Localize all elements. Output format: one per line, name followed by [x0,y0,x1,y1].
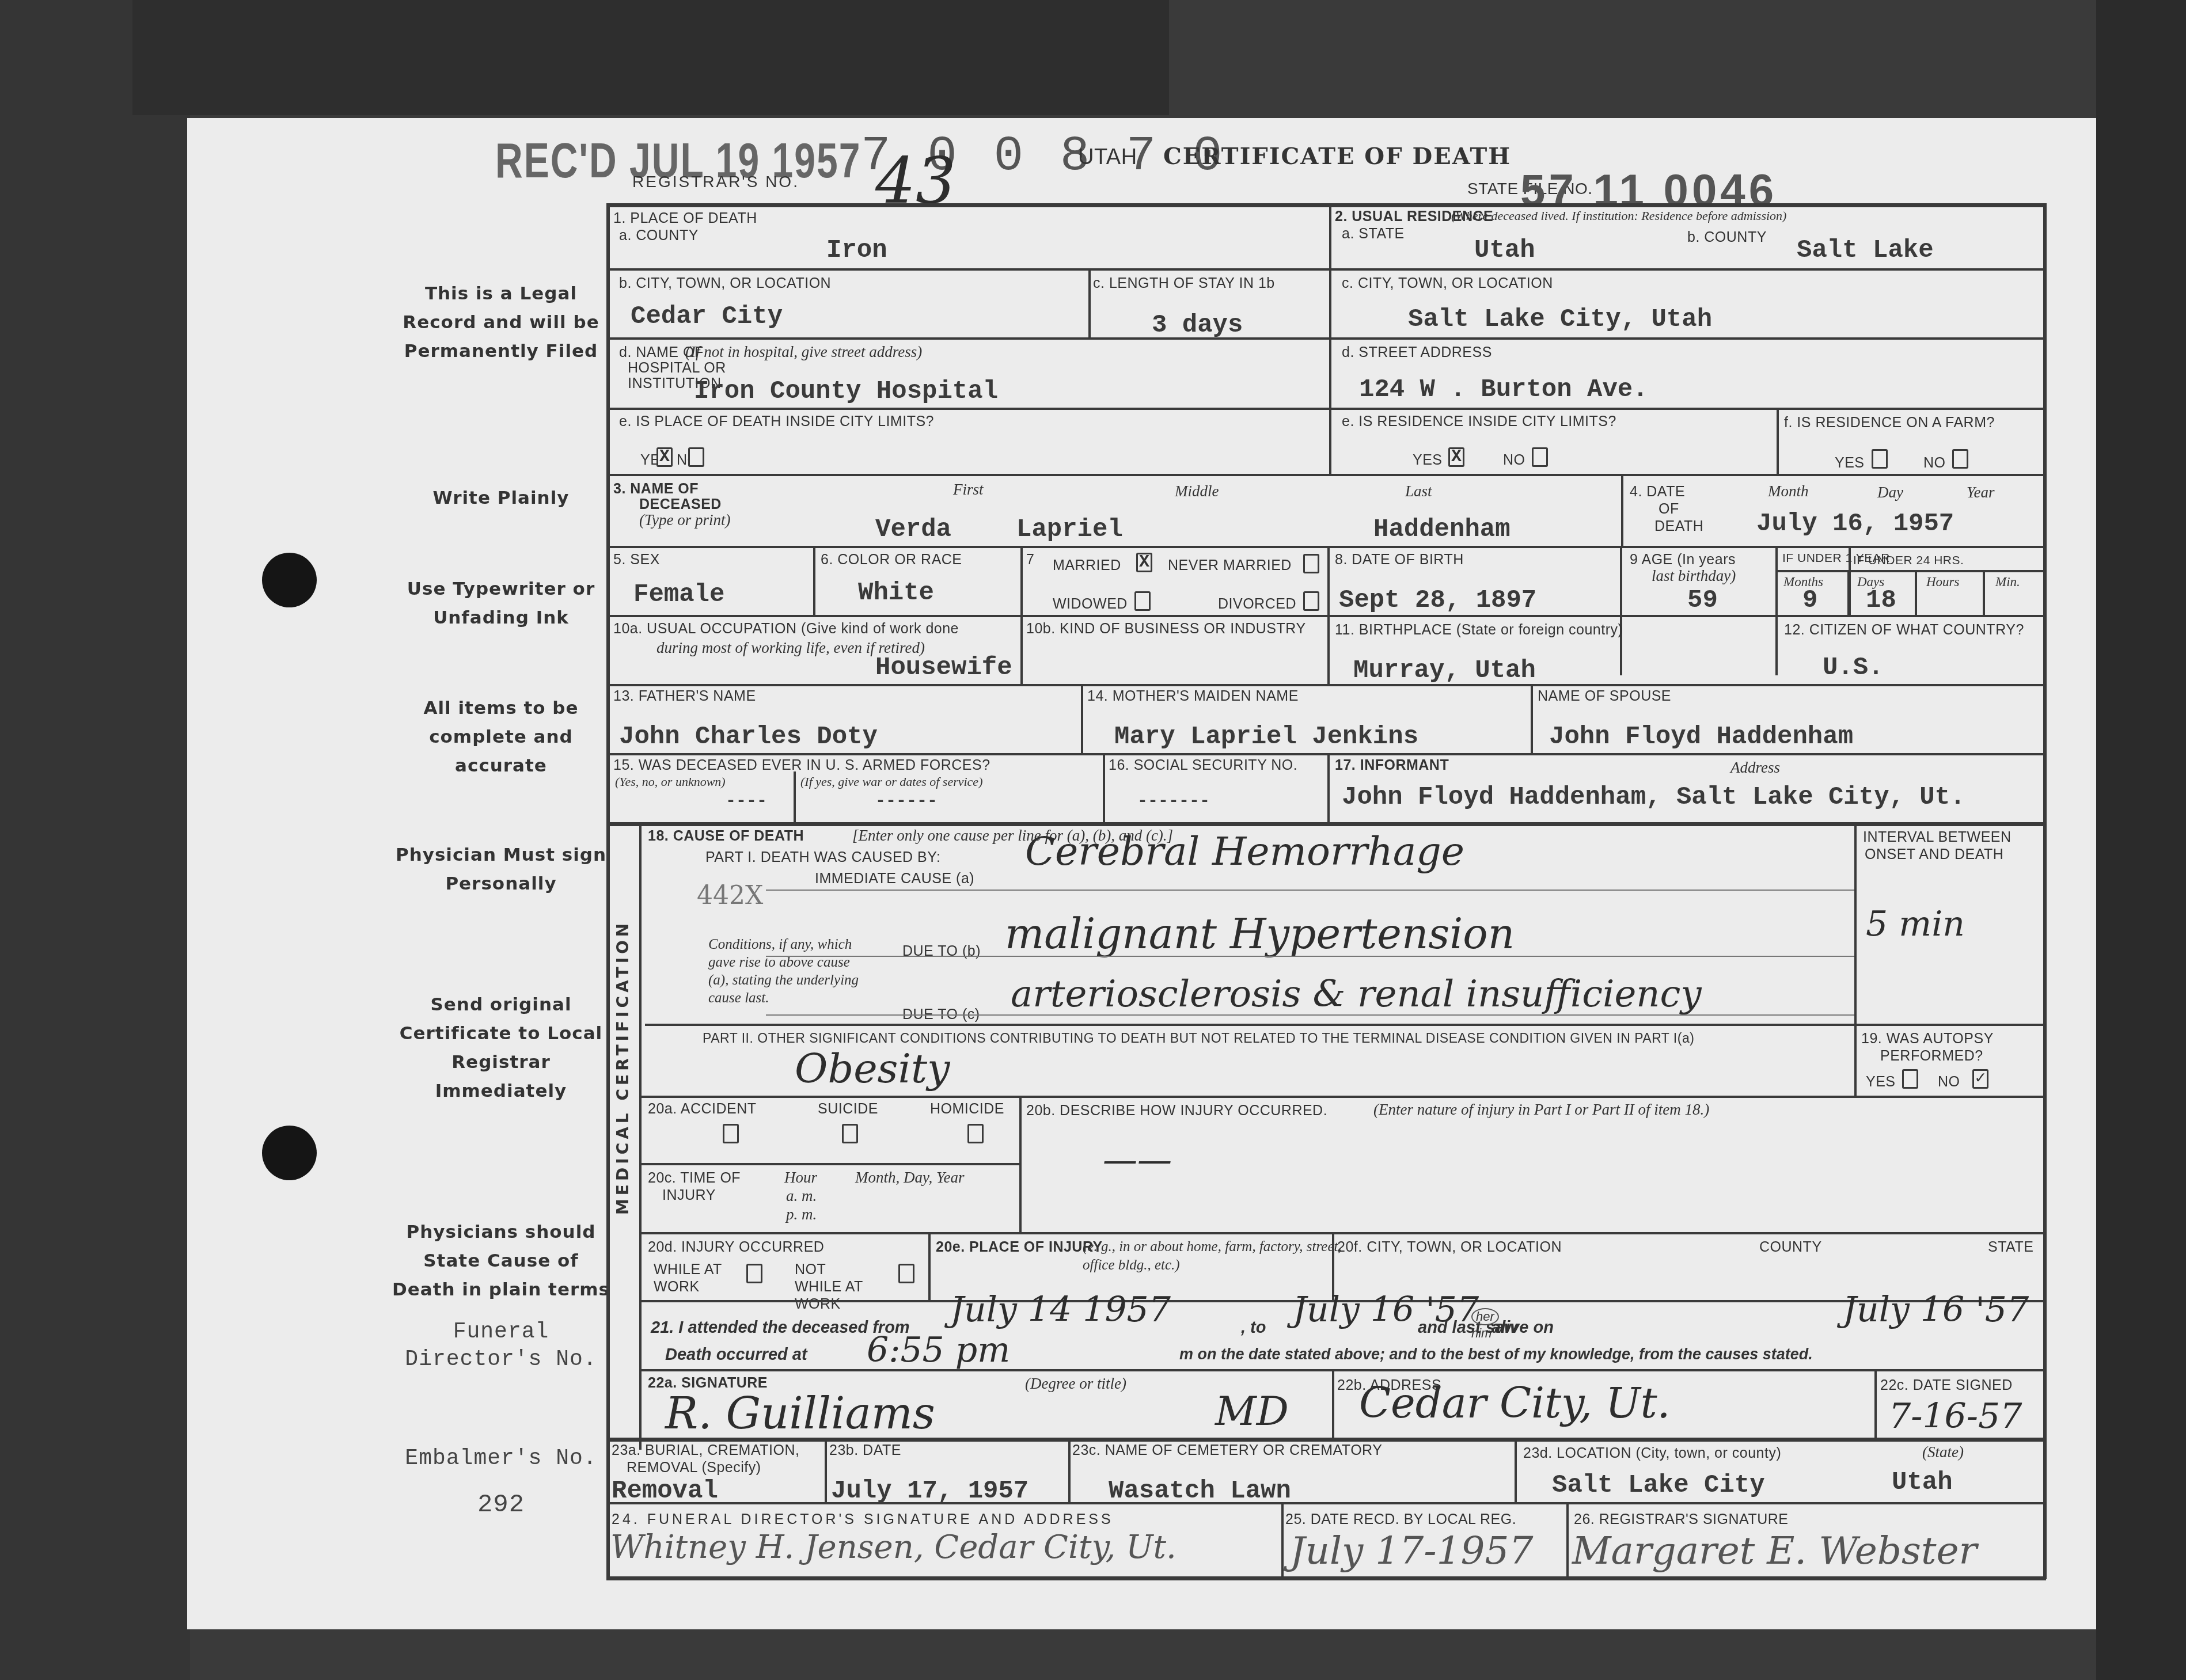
part2-conditions[interactable]: Obesity [795,1045,950,1092]
name-label-1: 3. NAME OF [613,481,699,497]
divider-interval [1854,822,1857,1097]
to-label: , to [1241,1318,1266,1337]
homicide-label: HOMICIDE [930,1101,1004,1118]
divider-armed-ssn [1103,753,1105,822]
row-line-2 [606,337,2043,340]
never-married-checkbox[interactable] [1303,554,1319,573]
hospital-name[interactable]: Iron County Hospital [694,377,998,406]
widowed-label: WIDOWED [1053,596,1128,613]
hours-label: Hours [1926,575,1960,590]
married-checkbox[interactable]: X [1136,553,1152,572]
row-line-8 [606,753,2043,755]
funeral-director-signature[interactable]: Whitney H. Jensen, Cedar City, Ut. [610,1529,1177,1566]
divider-date-cemetery [1068,1438,1071,1502]
hospital-hint: (If not in hospital, give street address… [685,343,922,361]
burial-location-label: 23d. LOCATION (City, town, or county) [1523,1445,1781,1462]
classification-code: 442X [697,881,763,910]
divider-armed [794,771,796,822]
medical-certification-label: MEDICAL CERTIFICATION [613,920,632,1215]
injury-location-label: 20f. CITY, TOWN, OR LOCATION [1337,1239,1562,1256]
res-inside-limits-no-checkbox[interactable] [1532,447,1548,467]
divider-city-stay [1088,268,1091,337]
form-border-top [606,203,2046,207]
disposition-method-label-2: REMOVAL (Specify) [627,1459,761,1476]
name-label-3: (Type or print) [639,511,730,529]
date-of-death-label-2: OF [1659,501,1679,518]
middle-label: Middle [1175,482,1219,500]
citizenship[interactable]: U.S. [1823,653,1884,682]
death-inside-limits-yes-checkbox[interactable]: X [656,447,673,467]
suicide-checkbox[interactable] [842,1124,858,1143]
divider-mother-spouse [1531,684,1533,753]
hour-label: Hour [784,1169,817,1187]
divider-occurred-place [928,1232,931,1301]
autopsy-yes-label: YES [1866,1074,1896,1090]
mother-maiden-name[interactable]: Mary Lapriel Jenkins [1114,723,1418,751]
last-label: Last [1405,482,1432,500]
name-label-2: DECEASED [639,496,722,513]
under-sub-line [1775,570,2043,572]
immediate-cause-label: IMMEDIATE CAUSE (a) [815,871,974,887]
dob-label: 8. DATE OF BIRTH [1335,552,1464,568]
autopsy-no-label: NO [1938,1074,1960,1090]
row-line-4 [606,474,2043,476]
divider-ssn-informant [1327,753,1330,822]
interval-label-1: INTERVAL BETWEEN [1863,829,2012,846]
age[interactable]: 59 [1687,586,1718,615]
not-while-at-work-checkbox[interactable] [898,1264,914,1283]
place-of-injury-label: 20e. PLACE OF INJURY [936,1239,1103,1256]
address-label: Address [1730,759,1780,777]
father-name[interactable]: John Charles Doty [619,723,878,751]
funeral-director-no-label: Funeral Director's No. [392,1318,610,1374]
res-yes-label: YES [1413,452,1443,469]
row-line-3 [606,408,2043,410]
age-days[interactable]: 18 [1866,586,1896,615]
informant-label: 17. INFORMANT [1335,757,1449,774]
date-of-death-label-1: 4. DATE [1630,484,1685,500]
date-of-death[interactable]: July 16, 1957 [1756,510,1954,538]
am-label: a. m. [786,1187,817,1205]
divorced-label: DIVORCED [1218,596,1296,613]
part1-label: PART I. DEATH WAS CAUSED BY: [705,849,941,866]
row-line-13 [639,1369,2044,1371]
under-24-hrs-label: IF UNDER 24 HRS. [1853,554,1964,568]
physician-signature[interactable]: R. Guilliams [665,1388,935,1439]
cemetery-name[interactable]: Wasatch Lawn [1109,1477,1291,1506]
divider-marital-dob [1327,546,1330,615]
farm-label: f. IS RESIDENCE ON A FARM? [1784,415,1995,431]
date-signed[interactable]: 7-16-57 [1889,1396,2022,1436]
farm-no-checkbox[interactable] [1952,449,1968,469]
last-name[interactable]: Haddenham [1373,515,1511,544]
burial-state-label: (State) [1922,1443,1964,1461]
conditions-hint: Conditions, if any, which gave rise to a… [708,936,867,1007]
race-label: 6. COLOR OR RACE [821,552,962,568]
armed-hint-1: (Yes, no, or unknown) [615,774,726,789]
never-married-label: NEVER MARRIED [1168,557,1292,574]
res-city[interactable]: Salt Lake City, Utah [1408,305,1712,334]
spouse-label: NAME OF SPOUSE [1538,688,1671,705]
row-line-part2 [645,1024,2044,1026]
line-a [766,890,1854,891]
date-recd-label: 25. DATE RECD. BY LOCAL REG. [1285,1511,1516,1528]
homicide-checkbox[interactable] [967,1124,984,1143]
disposition-method[interactable]: Removal [612,1477,718,1506]
alive-on-label: alive on [1492,1318,1554,1337]
business-label: 10b. KIND OF BUSINESS OR INDUSTRY [1026,621,1306,637]
spouse-name[interactable]: John Floyd Haddenham [1549,723,1853,751]
res-county[interactable]: Salt Lake [1797,236,1934,265]
describe-injury-label: 20b. DESCRIBE HOW INJURY OCCURRED. [1026,1103,1327,1119]
row-line-7 [606,684,2043,686]
ssn-label: 16. SOCIAL SECURITY NO. [1109,757,1297,774]
autopsy-label-2: PERFORMED? [1880,1048,1983,1065]
interval-b[interactable]: 5 min [1866,904,1965,944]
length-of-stay-label: c. LENGTH OF STAY IN 1b [1093,275,1275,292]
sex-label: 5. SEX [613,552,660,568]
certification-statement: m on the date stated above; and to the b… [1179,1345,1813,1363]
injury-row-line [639,1163,1020,1165]
age-label-1: 9 AGE (In years [1630,552,1736,568]
street-address[interactable]: 124 W . Burton Ave. [1359,375,1648,404]
res-city-label: c. CITY, TOWN, OR LOCATION [1342,275,1553,292]
divider-address-date [1874,1369,1877,1438]
res-county-label: b. COUNTY [1687,229,1767,246]
row-line-9 [606,822,2043,826]
physician-address[interactable]: Cedar City, Ut. [1359,1379,1670,1427]
ssn-value[interactable]: ------- [1137,792,1210,811]
death-county[interactable]: Iron [826,236,887,265]
describe-injury-hint: (Enter nature of injury in Part I or Par… [1373,1101,1709,1119]
street-address-label: d. STREET ADDRESS [1342,344,1492,361]
him-label: him [1471,1326,1492,1341]
father-label: 13. FATHER'S NAME [613,688,756,705]
divorced-checkbox[interactable] [1303,591,1319,611]
first-label: First [953,481,984,499]
suicide-label: SUICIDE [818,1101,878,1118]
date-of-death-label-3: DEATH [1654,518,1703,535]
time-of-injury-label-1: 20c. TIME OF [648,1170,741,1187]
attended-from[interactable]: July 14 1957 [950,1290,1171,1330]
death-occurred-label: Death occurred at [665,1345,807,1364]
widowed-checkbox[interactable] [1134,591,1151,611]
due-to-b-label: DUE TO (b) [902,943,981,960]
divider-days-hours [1915,570,1917,615]
scanner-background-left [0,0,190,1680]
date-signed-label: 22c. DATE SIGNED [1880,1377,2013,1394]
row-line-10 [639,1096,2044,1098]
funeral-director-label: 24. FUNERAL DIRECTOR'S SIGNATURE AND ADD… [612,1511,1114,1528]
age-months[interactable]: 9 [1802,586,1817,615]
res-no-label: NO [1503,452,1525,469]
due-to-b[interactable]: malignant Hypertension [1005,910,1515,958]
min-label: Min. [1995,575,2020,590]
disposition-date-label: 23b. DATE [829,1442,901,1459]
armed-forces-label: 15. WAS DECEASED EVER IN U. S. ARMED FOR… [613,757,990,774]
row-line-1 [606,268,2043,271]
scanner-background-right [2096,0,2186,1680]
pm-label: p. m. [786,1206,817,1223]
embalmer-no-value: 292 [392,1491,610,1519]
service-dates-value[interactable]: ------ [875,792,938,811]
burial-state[interactable]: Utah [1892,1468,1953,1497]
occupation[interactable]: Housewife [875,653,1012,682]
married-label: MARRIED [1053,557,1121,574]
injury-county-label: COUNTY [1759,1239,1822,1256]
race[interactable]: White [858,579,934,607]
month-day-year-label: Month, Day, Year [855,1169,965,1187]
accident-checkbox[interactable] [723,1124,739,1143]
divider-limits-farm [1777,408,1779,474]
punch-hole-bottom [262,1126,317,1180]
row-line-15 [606,1502,2046,1504]
side-note-legal-record: This is a Legal Record and will be Perma… [392,279,610,366]
res-state[interactable]: Utah [1474,236,1535,265]
death-inside-limits-no-checkbox[interactable] [688,447,704,467]
registrar-signature[interactable]: Margaret E. Webster [1572,1529,1977,1573]
divider-dob-age [1620,546,1622,675]
autopsy-label-1: 19. WAS AUTOPSY [1861,1031,1994,1047]
city-label: b. CITY, TOWN, OR LOCATION [619,275,831,292]
immediate-cause[interactable]: Cerebral Hemorrhage [1025,829,1464,875]
disposition-method-label-1: 23a. BURIAL, CREMATION, [612,1442,799,1459]
farm-yes-checkbox[interactable] [1872,449,1888,469]
side-note-write-plainly: Write Plainly [392,484,610,512]
divider-method-date [825,1438,827,1502]
degree-label: (Degree or title) [1025,1375,1126,1393]
side-note-complete: All items to be complete and accurate [392,694,610,780]
middle-name[interactable]: Lapriel [1016,515,1123,544]
birthplace-label: 11. BIRTHPLACE (State or foreign country… [1335,622,1623,638]
physician-degree[interactable]: MD [1215,1388,1289,1435]
certificate-title: CERTIFICATE OF DEATH [1163,143,1511,170]
row-line-14 [606,1438,2046,1442]
sex[interactable]: Female [633,580,724,609]
divider-months-days [1847,570,1850,615]
place-of-death-label: 1. PLACE OF DEATH [613,210,757,227]
divider-name-date [1621,474,1623,546]
divider-daterecd-registrar [1566,1502,1569,1577]
day-label: Day [1877,484,1903,501]
due-to-c[interactable]: arteriosclerosis & renal insufficiency [1011,973,1702,1016]
interval-label-2: ONSET AND DEATH [1865,846,2003,863]
not-while-at-work-label: NOT WHILE AT WORK [795,1261,875,1313]
form-border-right [2043,203,2047,1579]
county-label: a. COUNTY [619,227,699,244]
length-of-stay[interactable]: 3 days [1152,311,1243,340]
divider-race-marital [1020,546,1023,615]
birthplace[interactable]: Murray, Utah [1353,656,1536,685]
part2-label: PART II. OTHER SIGNIFICANT CONDITIONS CO… [703,1031,1694,1046]
date-recd[interactable]: July 17-1957 [1290,1529,1534,1573]
injury-occurred-label: 20d. INJURY OCCURRED [648,1239,824,1256]
side-note-physician-sign: Physician Must sign Personally [392,841,610,898]
title-state: UTAH [1078,145,1137,170]
hospital-label-2: HOSPITAL OR [628,360,726,377]
row-line-11 [639,1232,2044,1234]
autopsy-yes-checkbox[interactable] [1902,1069,1918,1089]
form-border-bottom [606,1576,2046,1580]
armed-hint-2: (If yes, give war or dates of service) [800,774,982,789]
side-note-typewriter: Use Typewriter or Unfading Ink [392,575,610,632]
month-label: Month [1768,482,1809,500]
side-note-send-original: Send original Certificate to Local Regis… [392,990,610,1105]
while-at-work-label: WHILE AT WORK [654,1261,728,1295]
mother-label: 14. MOTHER'S MAIDEN NAME [1087,688,1299,705]
disposition-date[interactable]: July 17, 1957 [831,1477,1029,1506]
divider-business-birthplace [1327,615,1330,684]
divider-age-under1 [1775,546,1778,675]
row-line-6 [606,615,2043,617]
inside-city-limits-label: e. IS PLACE OF DEATH INSIDE CITY LIMITS? [619,413,934,430]
res-inside-limits-yes-checkbox[interactable]: X [1448,447,1464,467]
accident-label: 20a. ACCIDENT [648,1101,757,1118]
punch-hole-top [262,553,317,607]
divider-sig-address [1332,1369,1334,1438]
describe-injury-value[interactable]: —— [1103,1140,1172,1180]
burial-location[interactable]: Salt Lake City [1552,1471,1765,1500]
divider-father-mother [1081,684,1083,753]
time-of-injury-label-2: INJURY [662,1187,716,1204]
while-at-work-checkbox[interactable] [746,1264,762,1283]
place-of-injury-hint: (e. g., in or about home, farm, factory,… [1083,1238,1348,1275]
embalmer-no-label: Embalmer's No. [392,1445,610,1473]
death-city[interactable]: Cedar City [631,302,783,331]
farm-no-label: NO [1923,455,1946,472]
registrar-signature-label: 26. REGISTRAR'S SIGNATURE [1574,1511,1788,1528]
citizen-label: 12. CITIZEN OF WHAT COUNTRY? [1784,622,2024,638]
res-inside-limits-label: e. IS RESIDENCE INSIDE CITY LIMITS? [1342,413,1616,430]
usual-residence-hint: (Where deceased lived. If institution: R… [1451,208,1786,223]
cause-of-death-label: 18. CAUSE OF DEATH [648,828,804,845]
first-name[interactable]: Verda [875,515,951,544]
informant[interactable]: John Floyd Haddenham, Salt Lake City, Ut… [1342,783,1965,812]
date-of-birth[interactable]: Sept 28, 1897 [1339,586,1536,615]
divider-occ-business [1020,615,1023,684]
side-note-plain-terms: Physicians should State Cause of Death i… [392,1218,610,1304]
death-time[interactable]: 6:55 pm [867,1330,1010,1370]
medical-side-divider [639,822,642,1450]
line-c [766,1014,1854,1016]
year-label: Year [1967,484,1995,501]
last-seen-alive[interactable]: July 16 '57 [1843,1290,2029,1330]
divider-hours-min [1983,570,1985,615]
farm-yes-label: YES [1835,455,1865,472]
autopsy-no-checkbox[interactable]: ✓ [1972,1069,1988,1089]
row-line-5 [606,546,2043,548]
res-state-label: a. STATE [1342,226,1405,242]
injury-state-label: STATE [1988,1239,2033,1256]
armed-forces-value[interactable]: ---- [726,792,767,811]
divider-cemetery-location [1515,1438,1517,1502]
age-label-2: last birthday) [1652,567,1736,585]
line-b [766,956,1854,957]
marital-number: 7 [1026,552,1034,568]
divider-fd-daterecd [1281,1502,1284,1577]
scanner-background-top [132,0,1169,115]
divider-sex-race [813,546,815,615]
occupation-label-1: 10a. USUAL OCCUPATION (Give kind of work… [613,621,959,637]
registrar-no-label: REGISTRAR'S NO. [632,173,799,191]
cemetery-label: 23c. NAME OF CEMETERY OR CREMATORY [1072,1442,1382,1459]
